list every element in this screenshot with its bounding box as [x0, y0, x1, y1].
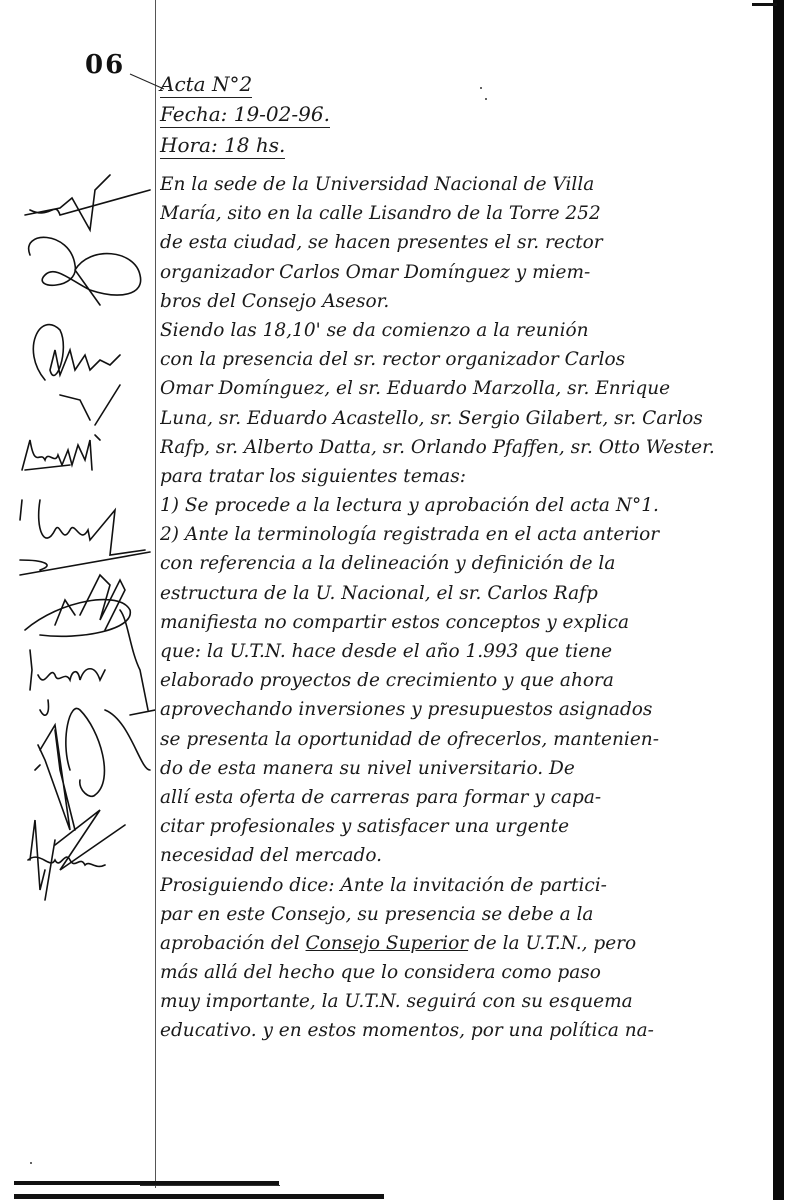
- acta-date: Fecha: 19-02-96.: [160, 102, 330, 128]
- handwritten-line: 2) Ante la terminología registrada en el…: [160, 520, 760, 549]
- scanned-document-page: 06 Acta N°2 Fecha: 19-02-96. Hora: 18 hs…: [0, 0, 800, 1200]
- margin-signatures: [0, 170, 155, 930]
- acta-number: Acta N°2: [160, 72, 252, 98]
- scan-speck: [485, 98, 487, 100]
- handwritten-line: Siendo las 18,10' se da comienzo a la re…: [160, 316, 760, 345]
- handwritten-line: Prosiguiendo dice: Ante la invitación de…: [160, 871, 760, 900]
- handwritten-line: se presenta la oportunidad de ofrecerlos…: [160, 725, 760, 754]
- handwritten-line: estructura de la U. Nacional, el sr. Car…: [160, 579, 760, 608]
- minutes-body: En la sede de la Universidad Nacional de…: [160, 170, 760, 1046]
- scan-right-border: [773, 0, 784, 1200]
- handwritten-line: citar profesionales y satisfacer una urg…: [160, 812, 760, 841]
- handwritten-line: educativo. y en estos momentos, por una …: [160, 1016, 760, 1045]
- handwritten-line: organizador Carlos Omar Domínguez y miem…: [160, 258, 760, 287]
- handwritten-line: elaborado proyectos de crecimiento y que…: [160, 666, 760, 695]
- handwritten-line: manifiesta no compartir estos conceptos …: [160, 608, 760, 637]
- handwritten-line: Rafp, sr. Alberto Datta, sr. Orlando Pfa…: [160, 433, 760, 462]
- handwritten-line: con la presencia del sr. rector organiza…: [160, 345, 760, 374]
- underlined-phrase: Consejo Superior: [306, 933, 469, 954]
- page-number: 06: [85, 50, 125, 80]
- handwritten-line: Omar Domínguez, el sr. Eduardo Marzolla,…: [160, 374, 760, 403]
- handwritten-line: allí esta oferta de carreras para formar…: [160, 783, 760, 812]
- scan-bottom-edge: [14, 1194, 384, 1199]
- handwritten-line: aprovechando inversiones y presupuestos …: [160, 695, 760, 724]
- handwritten-line: En la sede de la Universidad Nacional de…: [160, 170, 760, 199]
- handwritten-line: do de esta manera su nivel universitario…: [160, 754, 760, 783]
- handwritten-line: que: la U.T.N. hace desde el año 1.993 q…: [160, 637, 760, 666]
- scan-top-border: [752, 3, 777, 6]
- handwritten-line: bros del Consejo Asesor.: [160, 287, 760, 316]
- handwritten-line: necesidad del mercado.: [160, 841, 760, 870]
- handwritten-line: de esta ciudad, se hacen presentes el sr…: [160, 228, 760, 257]
- handwritten-line: María, sito en la calle Lisandro de la T…: [160, 199, 760, 228]
- handwritten-line: 1) Se procede a la lectura y aprobación …: [160, 491, 760, 520]
- handwritten-line: con referencia a la delineación y defini…: [160, 549, 760, 578]
- handwritten-line: par en este Consejo, su presencia se deb…: [160, 900, 760, 929]
- margin-line: [155, 0, 156, 1188]
- scan-speck: [30, 1162, 32, 1164]
- handwritten-line: más allá del hecho que lo considera como…: [160, 958, 760, 987]
- scan-bottom-line-thin: [140, 1185, 280, 1186]
- scan-speck: [480, 87, 482, 89]
- handwritten-line: Luna, sr. Eduardo Acastello, sr. Sergio …: [160, 404, 760, 433]
- handwritten-line: aprobación del Consejo Superior de la U.…: [160, 929, 760, 958]
- handwritten-line: para tratar los siguientes temas:: [160, 462, 760, 491]
- handwritten-line: muy importante, la U.T.N. seguirá con su…: [160, 987, 760, 1016]
- acta-time: Hora: 18 hs.: [160, 133, 285, 159]
